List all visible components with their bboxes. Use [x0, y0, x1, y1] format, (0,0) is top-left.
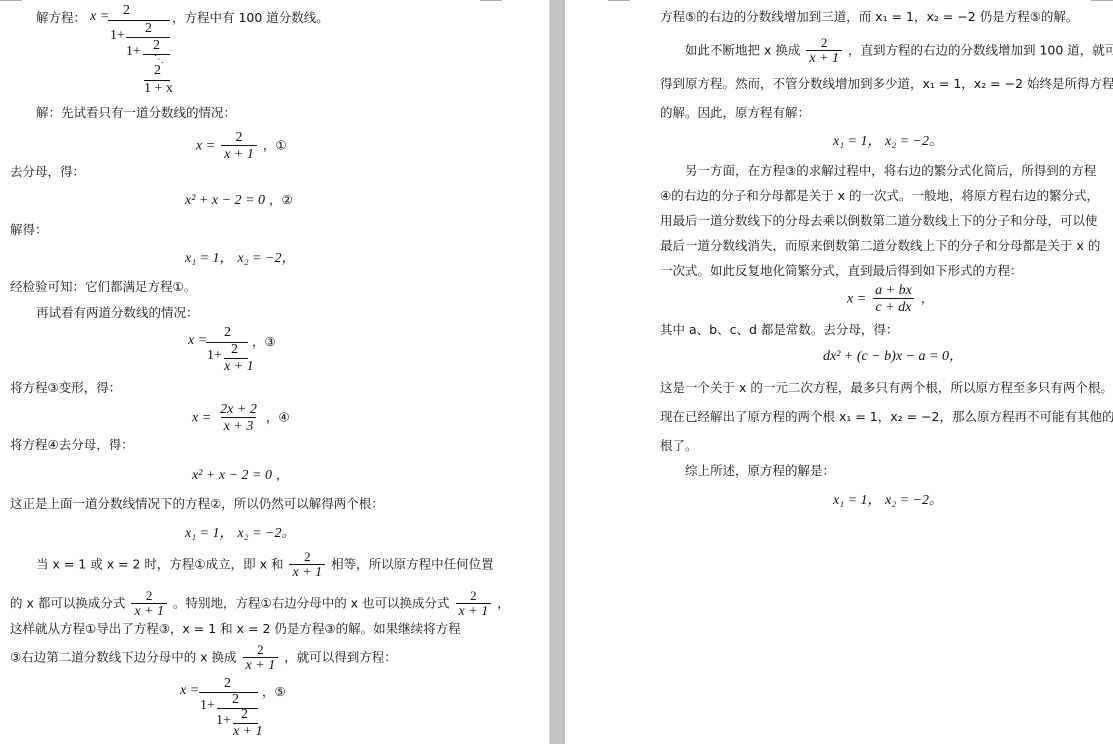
frac-den: c + dx — [873, 298, 915, 315]
cf-term: 1+ — [216, 713, 231, 729]
equation-tag: ， — [921, 291, 934, 306]
root-2: x₂ = −2。 — [238, 526, 296, 541]
frac-den: x + 3 — [221, 417, 257, 434]
equation-tag: ，② — [269, 192, 293, 207]
eq-lhs: x = — [180, 683, 199, 699]
paragraph-line: 经检验可知：它们都满足方程①。 — [10, 279, 196, 295]
final-solution: x₁ = 1， x₂ = −2。 — [833, 493, 943, 509]
solution-1: x₁ = 1， x₂ = −2， — [185, 250, 296, 267]
text-run: ，就可以得到方程： — [284, 650, 397, 665]
fraction-bar — [199, 692, 258, 693]
paragraph-line: ④的右边的分子和分母都是关于 x 的一次式。一般地，将原方程右边的繁分式， — [660, 188, 1099, 204]
eq-lhs: x = — [192, 411, 211, 426]
problem-prefix: 解方程： — [36, 10, 86, 26]
frac-den: x + 1 — [456, 603, 492, 619]
paragraph-line: 将方程③变形，得： — [10, 380, 121, 396]
frac-den: x + 1 — [131, 603, 167, 619]
paragraph-line: 的解。因此，原方程有解： — [660, 105, 810, 121]
eq-lhs: x = — [188, 333, 207, 349]
fraction-bar — [217, 708, 258, 709]
equation-tag: ，④ — [266, 410, 290, 425]
paragraph-line: 这是一个关于 x 的一元二次方程，最多只有两个根，所以原方程至多只有两个根。 — [660, 380, 1113, 396]
text-run: 的 x 都可以换成分式 — [10, 596, 125, 611]
document-page-left: 解方程： x = 2 1+ 2 1+ 2 ⋱ 2 1 + x ，方程中有 100… — [0, 0, 549, 744]
text-run: 如此不断地把 x 换成 — [685, 43, 800, 58]
paragraph-line: 其中 a、b、c、d 都是常数。去分母，得： — [660, 322, 898, 338]
equation-5: x² + x − 2 = 0 ， — [192, 467, 288, 484]
frac-num: 2 — [467, 589, 480, 603]
paragraph-line: 当 x = 1 或 x = 2 时，方程①成立，即 x 和 2x + 1 相等，… — [36, 550, 494, 580]
equation-tag: ，③ — [252, 334, 276, 350]
text-run: ③右边第二道分数线下边分母中的 x 换成 — [10, 650, 237, 665]
frac-den: x + 1 — [221, 145, 257, 162]
equation-2: x² + x − 2 = 0 ，② — [185, 192, 293, 209]
paragraph-line: 一次式。如此反复地化简繁分式，直到最后得到如下形式的方程： — [660, 263, 1023, 279]
frac-num: 2 — [818, 36, 831, 50]
equation-4: x = 2x + 2x + 3 ，④ — [192, 402, 290, 434]
paragraph-line: 方程⑤的右边的分数线增加到三道，而 x₁ = 1，x₂ = −2 仍是方程⑤的解… — [660, 9, 1078, 25]
document-page-right: 方程⑤的右边的分数线增加到三道，而 x₁ = 1，x₂ = −2 仍是方程⑤的解… — [565, 0, 1113, 744]
eq-lhs: x = — [847, 292, 866, 307]
paragraph-line: 这样就从方程①导出了方程③，x = 1 和 x = 2 仍是方程③的解。如果继续… — [10, 621, 461, 637]
solution-3: x₁ = 1， x₂ = −2。 — [833, 134, 943, 150]
paragraph-line: 最后一道分数线消失，而原来倒数第二道分数线上下的分子和分母都是关于 x 的 — [660, 238, 1100, 254]
cf-numerator: 2 — [153, 38, 160, 54]
paragraph-line: 这正是上面一道分数线情况下的方程②，所以仍然可以解得两个根： — [10, 496, 384, 512]
page-gap — [549, 0, 566, 744]
cf-term: 1+ — [200, 698, 215, 714]
page-corner-mark — [608, 0, 630, 1]
paragraph-line: 用最后一道分数线下的分母去乘以倒数第二道分数线上下的分子和分母，可以使 — [660, 213, 1098, 229]
equation-1: x = 2x + 1 ，① — [196, 130, 287, 162]
frac-num: 2x + 2 — [217, 402, 260, 417]
paragraph-line: 综上所述，原方程的解是： — [685, 463, 835, 479]
cf-numerator: 2 — [224, 676, 231, 692]
root-1: x₁ = 1， — [185, 251, 234, 266]
cf-term: 1+ — [126, 44, 141, 60]
paragraph-line: 根了。 — [660, 438, 698, 454]
page-corner-mark — [480, 0, 502, 1]
equation-general: x = a + bxc + dx ， — [847, 283, 933, 315]
cf-numerator: 2 — [232, 692, 239, 708]
text-run: ， — [497, 596, 510, 611]
fraction-bar — [206, 342, 248, 343]
cf-numerator: 2 — [145, 21, 152, 37]
root-1: x₁ = 1， — [185, 526, 234, 541]
eq-lhs: x = — [196, 139, 215, 154]
eq-body: x² + x − 2 = 0 — [185, 193, 265, 208]
cf-denominator: x + 1 — [233, 724, 263, 740]
text-run: 相等，所以原方程中任何位置 — [331, 557, 494, 572]
frac-num: 2 — [254, 643, 267, 657]
cf-term: 1+ — [207, 348, 222, 364]
paragraph-line: 再试看有两道分数线的情况： — [36, 305, 199, 321]
paragraph-line: 的 x 都可以换成分式 2x + 1 。特别地，方程①右边分母中的 x 也可以换… — [10, 589, 510, 619]
problem-suffix: ，方程中有 100 道分数线。 — [172, 10, 329, 26]
equation-tag: ，⑤ — [262, 684, 286, 700]
equation-tag: ， — [276, 467, 289, 482]
problem-lhs: x = — [90, 9, 109, 25]
fraction-bar — [108, 20, 170, 21]
frac-num: 2 — [301, 550, 314, 564]
cf-term: 1+ — [110, 28, 125, 44]
eq-body: x² + x − 2 = 0 — [192, 468, 272, 483]
root-2: x₂ = −2， — [238, 251, 296, 266]
frac-num: 2 — [224, 325, 231, 341]
equation-quadratic: dx² + (c − b)x − a = 0， — [823, 349, 963, 365]
cf-numerator: 2 — [154, 63, 161, 79]
paragraph-line: 解：先试看只有一道分数线的情况： — [36, 105, 236, 121]
frac-den: x + 1 — [289, 564, 325, 580]
page-corner-mark — [1091, 0, 1113, 1]
frac-den: x + 1 — [243, 657, 279, 673]
frac-num: 2 — [232, 130, 245, 145]
fraction-bar — [126, 37, 170, 38]
frac-num: a + bx — [872, 283, 915, 298]
paragraph-line: 解得： — [10, 222, 48, 238]
text-run: 当 x = 1 或 x = 2 时，方程①成立，即 x 和 — [36, 557, 284, 572]
text-run: ，直到方程的右边的分数线增加到 100 道，就可以 — [848, 43, 1113, 58]
cf-numerator: 2 — [241, 707, 248, 723]
frac-den: x + 1 — [806, 50, 842, 66]
equation-tag: ，① — [263, 138, 287, 153]
paragraph-line: 现在已经解出了原方程的两个根 x₁ = 1，x₂ = −2，那么原方程再不可能有… — [660, 409, 1113, 425]
frac-num: 2 — [231, 342, 238, 358]
solution-2: x₁ = 1， x₂ = −2。 — [185, 525, 296, 542]
paragraph-line: 得到原方程。然而，不管分数线增加到多少道，x₁ = 1，x₂ = −2 始终是所… — [660, 76, 1113, 92]
paragraph-line: ③右边第二道分数线下边分母中的 x 换成 2x + 1 ，就可以得到方程： — [10, 643, 397, 673]
frac-num: 2 — [143, 589, 156, 603]
paragraph-line: 如此不断地把 x 换成 2x + 1 ，直到方程的右边的分数线增加到 100 道… — [685, 36, 1113, 66]
cf-denominator: 1 + x — [144, 81, 173, 97]
frac-den: x + 1 — [224, 359, 254, 375]
text-run: 。特别地，方程①右边分母中的 x 也可以换成分式 — [173, 596, 450, 611]
cf-numerator: 2 — [123, 3, 130, 19]
paragraph-line: 另一方面，在方程③的求解过程中，将右边的繁分式化简后，所得到的方程 — [685, 163, 1096, 179]
page-corner-mark — [0, 0, 22, 1]
paragraph-line: 将方程④去分母，得： — [10, 437, 134, 453]
paragraph-line: 去分母，得： — [10, 164, 85, 180]
